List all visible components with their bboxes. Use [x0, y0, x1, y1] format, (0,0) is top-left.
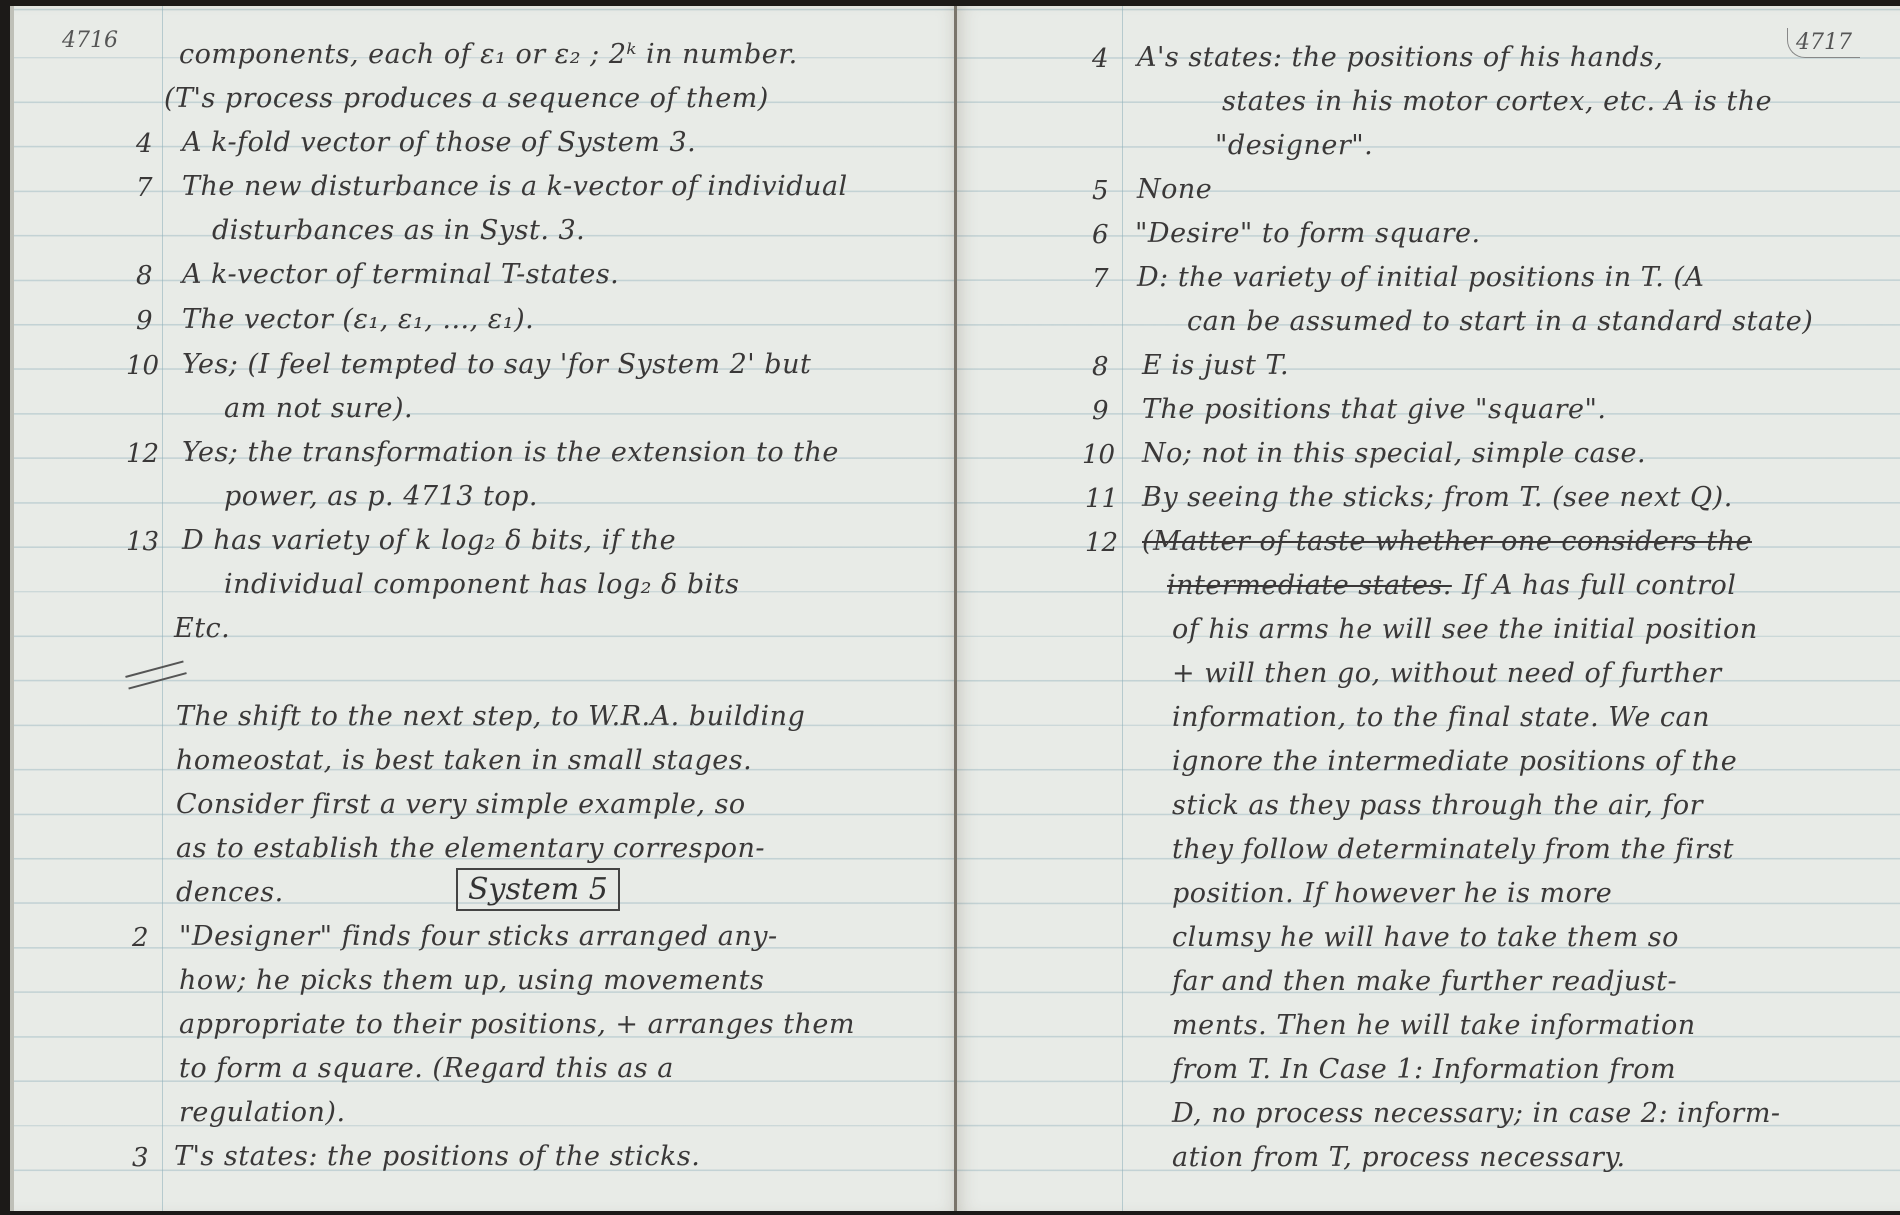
text-line: individual component has log₂ δ bits	[224, 569, 740, 600]
answer-number: 7	[1092, 264, 1109, 294]
answer-number: 7	[136, 173, 153, 203]
text-line: regulation).	[179, 1097, 346, 1128]
text-line: far and then make further readjust-	[1172, 966, 1677, 997]
text-line: The vector (ε₁, ε₁, ..., ε₁).	[182, 304, 534, 335]
text-line: The positions that give "square".	[1142, 394, 1607, 425]
answer-number: 12	[1085, 528, 1118, 558]
text-line: A's states: the positions of his hands,	[1137, 42, 1663, 73]
text-line: "Desire" to form square.	[1135, 218, 1481, 249]
text-line: "designer".	[1215, 130, 1373, 161]
text-line: of his arms he will see the initial posi…	[1172, 614, 1758, 645]
text-line: to form a square. (Regard this as a	[179, 1053, 674, 1084]
answer-number: 8	[136, 261, 153, 291]
text-line: appropriate to their positions, + arrang…	[179, 1009, 855, 1040]
answer-number: 13	[126, 527, 159, 557]
text-line: ments. Then he will take information	[1172, 1010, 1696, 1041]
text-line: position. If however he is more	[1172, 878, 1612, 909]
text-line: disturbances as in Syst. 3.	[212, 215, 585, 246]
left-page: 4716 components, each of ε₁ or ε₂ ; 2ᵏ i…	[10, 6, 959, 1211]
answer-number: 8	[1092, 352, 1109, 382]
text-line: clumsy he will have to take them so	[1172, 922, 1679, 953]
text-line: dences.	[176, 877, 284, 908]
struck-text-line: intermediate states.	[1167, 570, 1452, 601]
text-line: how; he picks them up, using movements	[179, 965, 764, 996]
answer-number: 12	[126, 439, 159, 469]
text-line: E is just T.	[1142, 350, 1289, 381]
text-line: Yes; (I feel tempted to say 'for System …	[182, 349, 811, 380]
text-line: T's states: the positions of the sticks.	[174, 1141, 700, 1172]
text-line: am not sure).	[224, 393, 413, 424]
text-line: as to establish the elementary correspon…	[176, 833, 765, 864]
text-line: No; not in this special, simple case.	[1142, 438, 1646, 469]
text-line: components, each of ε₁ or ε₂ ; 2ᵏ in num…	[179, 39, 798, 70]
text-line: ignore the intermediate positions of the	[1172, 746, 1737, 777]
answer-number: 5	[1092, 176, 1109, 206]
answer-number: 3	[132, 1143, 149, 1173]
text-line: D has variety of k log₂ δ bits, if the	[182, 525, 676, 556]
text-line: they follow determinately from the first	[1172, 834, 1734, 865]
text-line: stick as they pass through the air, for	[1172, 790, 1703, 821]
text-line: power, as p. 4713 top.	[224, 481, 538, 512]
text-line: ation from T, process necessary.	[1172, 1142, 1626, 1173]
text-line: states in his motor cortex, etc. A is th…	[1222, 86, 1772, 117]
notebook-spread: 4716 components, each of ε₁ or ε₂ ; 2ᵏ i…	[0, 0, 1900, 1215]
text-line: from T. In Case 1: Information from	[1172, 1054, 1676, 1085]
text-line: D: the variety of initial positions in T…	[1137, 262, 1704, 293]
text-line: "Designer" finds four sticks arranged an…	[179, 921, 778, 952]
text-line: Consider first a very simple example, so	[176, 789, 746, 820]
text-line: The new disturbance is a k-vector of ind…	[182, 171, 848, 202]
system-5-box: System 5	[456, 868, 620, 911]
text-line: D, no process necessary; in case 2: info…	[1172, 1098, 1781, 1129]
text-line: (T's process produces a sequence of them…	[164, 83, 769, 114]
text-line: homeostat, is best taken in small stages…	[176, 745, 752, 776]
text-line: If A has full control	[1462, 570, 1736, 601]
answer-number: 4	[136, 129, 153, 159]
section-break-mark	[125, 660, 187, 689]
struck-text-line: (Matter of taste whether one considers t…	[1142, 526, 1752, 557]
text-line: A k-vector of terminal T-states.	[182, 259, 619, 290]
answer-number: 10	[1082, 440, 1115, 470]
answer-number: 2	[132, 923, 149, 953]
answer-number: 4	[1092, 44, 1109, 74]
text-line: Yes; the transformation is the extension…	[182, 437, 839, 468]
page-number-right: 4717	[1787, 28, 1860, 58]
answer-number: 6	[1092, 220, 1109, 250]
text-line: A k-fold vector of those of System 3.	[182, 127, 696, 158]
right-page: 4717 4 A's states: the positions of his …	[957, 6, 1900, 1211]
text-line: Etc.	[174, 613, 230, 644]
text-line: information, to the final state. We can	[1172, 702, 1710, 733]
page-number-left: 4716	[62, 28, 118, 53]
text-line: + will then go, without need of further	[1172, 658, 1722, 689]
text-line: None	[1137, 174, 1212, 205]
text-line: The shift to the next step, to W.R.A. bu…	[176, 701, 805, 732]
answer-number: 9	[136, 306, 153, 336]
answer-number: 9	[1092, 396, 1109, 426]
text-line: By seeing the sticks; from T. (see next …	[1142, 482, 1733, 513]
answer-number: 11	[1085, 484, 1118, 514]
text-line: can be assumed to start in a standard st…	[1187, 306, 1813, 337]
answer-number: 10	[126, 351, 159, 381]
